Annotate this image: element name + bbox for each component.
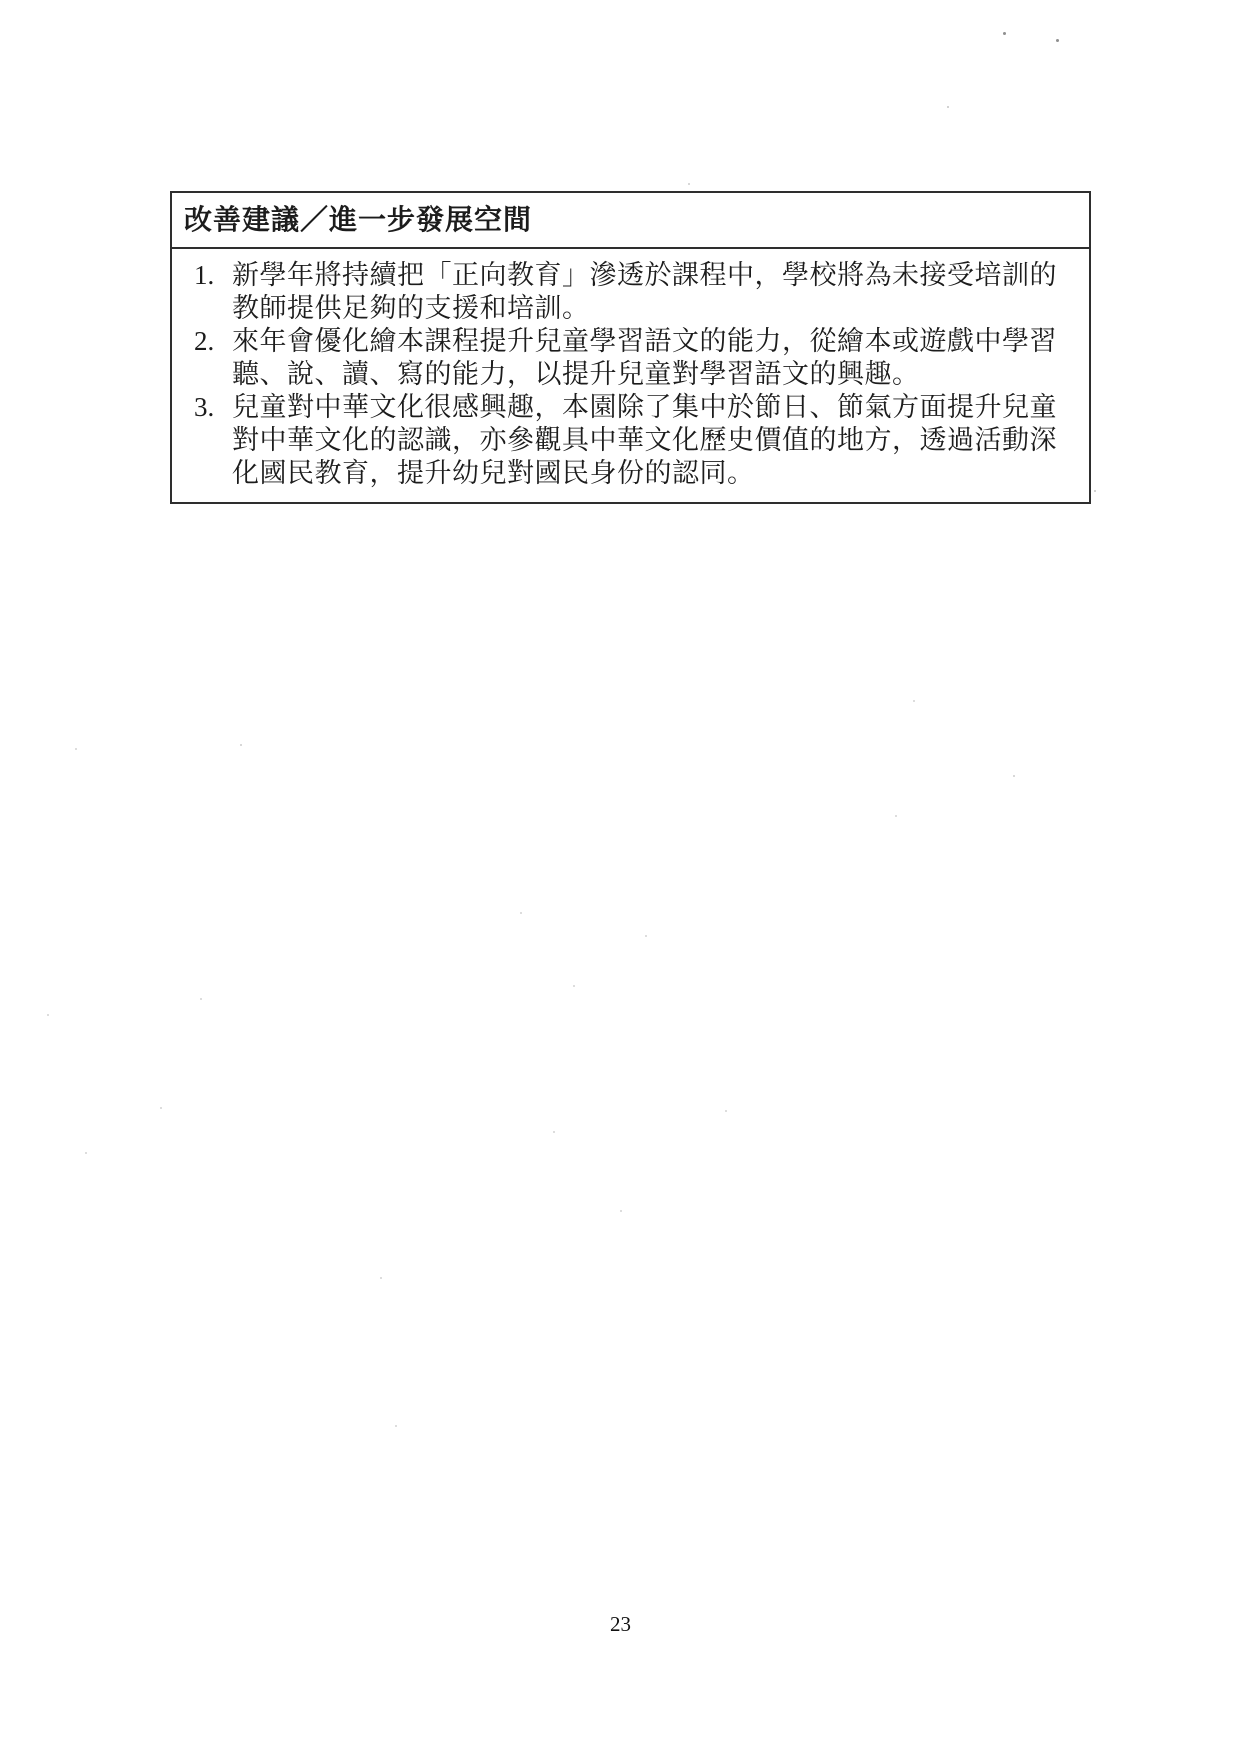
scan-noise-dot xyxy=(1003,32,1006,35)
scan-noise-dot xyxy=(160,1107,162,1109)
scan-noise-dot xyxy=(913,700,915,702)
scan-noise-dot xyxy=(85,1152,87,1154)
list-item-number: 2. xyxy=(194,325,232,358)
scan-noise-dot xyxy=(47,1014,49,1016)
list-item: 2. 來年會優化繪本課程提升兒童學習語文的能力，從繪本或遊戲中學習聽、說、讀、寫… xyxy=(194,325,1083,391)
scan-noise-dot xyxy=(200,998,202,1000)
page-number: 23 xyxy=(0,1612,1241,1637)
scan-noise-dot xyxy=(380,1277,382,1279)
list-item-number: 1. xyxy=(194,259,232,292)
scan-noise-dot xyxy=(725,1110,727,1112)
box-title: 改善建議／進一步發展空間 xyxy=(172,193,1089,249)
document-page: 改善建議／進一步發展空間 1. 新學年將持續把「正向教育」滲透於課程中，學校將為… xyxy=(0,0,1241,1755)
list-item-number: 3. xyxy=(194,391,232,424)
list-item-text: 兒童對中華文化很感興趣，本園除了集中於節日、節氣方面提升兒童對中華文化的認識，亦… xyxy=(232,391,1083,490)
scan-noise-dot xyxy=(620,1210,622,1212)
scan-noise-dot xyxy=(645,935,647,937)
list-item-text: 來年會優化繪本課程提升兒童學習語文的能力，從繪本或遊戲中學習聽、說、讀、寫的能力… xyxy=(232,325,1083,391)
scan-noise-dot xyxy=(1056,39,1059,42)
scan-noise-dot xyxy=(688,183,690,185)
scan-noise-dot xyxy=(553,1131,555,1133)
scan-noise-dot xyxy=(895,815,897,817)
scan-noise-dot xyxy=(75,748,77,750)
list-item: 3. 兒童對中華文化很感興趣，本園除了集中於節日、節氣方面提升兒童對中華文化的認… xyxy=(194,391,1083,490)
list-item: 1. 新學年將持續把「正向教育」滲透於課程中，學校將為未接受培訓的教師提供足夠的… xyxy=(194,259,1083,325)
scan-noise-dot xyxy=(395,1425,397,1427)
improvement-suggestions-box: 改善建議／進一步發展空間 1. 新學年將持續把「正向教育」滲透於課程中，學校將為… xyxy=(170,191,1091,504)
scan-noise-dot xyxy=(240,744,242,746)
list-item-text: 新學年將持續把「正向教育」滲透於課程中，學校將為未接受培訓的教師提供足夠的支援和… xyxy=(232,259,1083,325)
box-body: 1. 新學年將持續把「正向教育」滲透於課程中，學校將為未接受培訓的教師提供足夠的… xyxy=(172,249,1089,502)
scan-noise-dot xyxy=(1094,490,1096,492)
scan-noise-dot xyxy=(520,912,522,914)
scan-noise-dot xyxy=(1013,775,1015,777)
scan-noise-dot xyxy=(573,985,575,987)
scan-noise-dot xyxy=(947,106,949,108)
